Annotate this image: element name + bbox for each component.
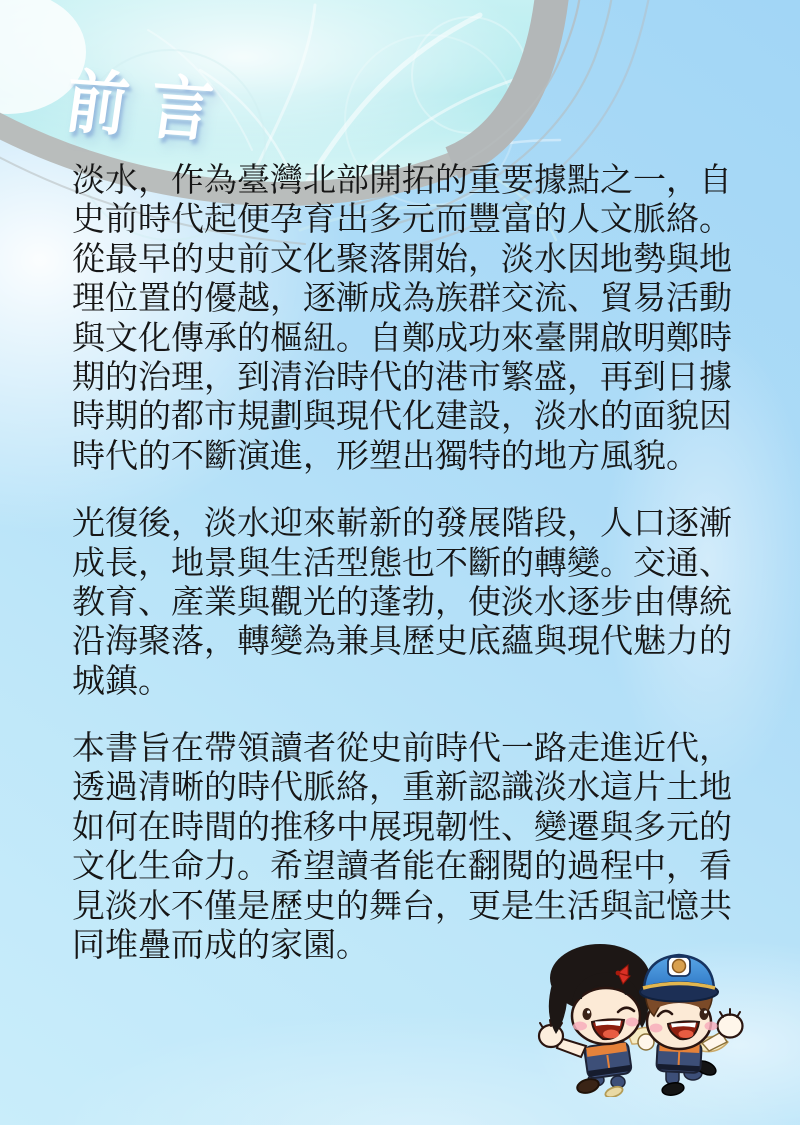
text-line: 本書旨在帶領讀者從史前時代一路走進近代，	[72, 728, 762, 767]
text-line: 理位置的優越，逐漸成為族群交流、貿易活動	[72, 278, 762, 317]
girl-mascot	[539, 944, 658, 1097]
text-line: 成長，地景與生活型態也不斷的轉變。交通、	[72, 543, 762, 582]
text-line: 與文化傳承的樞紐。自鄭成功來臺開啟明鄭時	[72, 318, 762, 357]
text-line: 教育、產業與觀光的蓬勃，使淡水逐步由傳統	[72, 582, 762, 621]
page-title: 前言	[60, 46, 242, 157]
text-line: 光復後，淡水迎來嶄新的發展階段，人口逐漸	[72, 503, 762, 542]
preface-page: 前言 淡水，作為臺灣北部開拓的重要據點之一，自 史前時代起便孕育出多元而豐富的人…	[0, 0, 800, 1125]
officer-waving-hand	[718, 1015, 743, 1038]
text-line: 時代的不斷演進，形塑出獨特的地方風貌。	[72, 436, 762, 475]
text-line: 城鎮。	[72, 661, 762, 700]
paragraph-3: 本書旨在帶領讀者從史前時代一路走進近代， 透過清晰的時代脈絡，重新認識淡水這片土…	[72, 728, 762, 964]
text-line: 從最早的史前文化聚落開始，淡水因地勢與地	[72, 239, 762, 278]
text-line: 如何在時間的推移中展現韌性、變遷與多元的	[72, 807, 762, 846]
paragraph-2: 光復後，淡水迎來嶄新的發展階段，人口逐漸 成長，地景與生活型態也不斷的轉變。交通…	[72, 503, 762, 700]
text-line: 透過清晰的時代脈絡，重新認識淡水這片土地	[72, 767, 762, 806]
text-line: 淡水，作為臺灣北部開拓的重要據點之一，自	[72, 160, 762, 199]
preface-text: 淡水，作為臺灣北部開拓的重要據點之一，自 史前時代起便孕育出多元而豐富的人文脈絡…	[72, 160, 762, 992]
paragraph-1: 淡水，作為臺灣北部開拓的重要據點之一，自 史前時代起便孕育出多元而豐富的人文脈絡…	[72, 160, 762, 475]
text-line: 見淡水不僅是歷史的舞台，更是生活與記憶共	[72, 886, 762, 925]
mascots-illustration	[530, 942, 770, 1097]
girl-shoe	[576, 1077, 601, 1095]
text-line: 時期的都市規劃與現代化建設，淡水的面貌因	[72, 396, 762, 435]
text-line: 史前時代起便孕育出多元而豐富的人文脈絡。	[72, 199, 762, 238]
police-cap	[640, 955, 718, 1002]
police-officer-mascot	[638, 955, 743, 1097]
text-line: 文化生命力。希望讀者能在翻閱的過程中，看	[72, 846, 762, 885]
officer-shoe	[661, 1081, 685, 1097]
cap-badge-icon	[673, 960, 686, 973]
text-line: 期的治理，到清治時代的港市繁盛，再到日據	[72, 357, 762, 396]
girl-uniform	[584, 1041, 632, 1079]
text-line: 沿海聚落，轉變為兼具歷史底蘊與現代魅力的	[72, 621, 762, 660]
